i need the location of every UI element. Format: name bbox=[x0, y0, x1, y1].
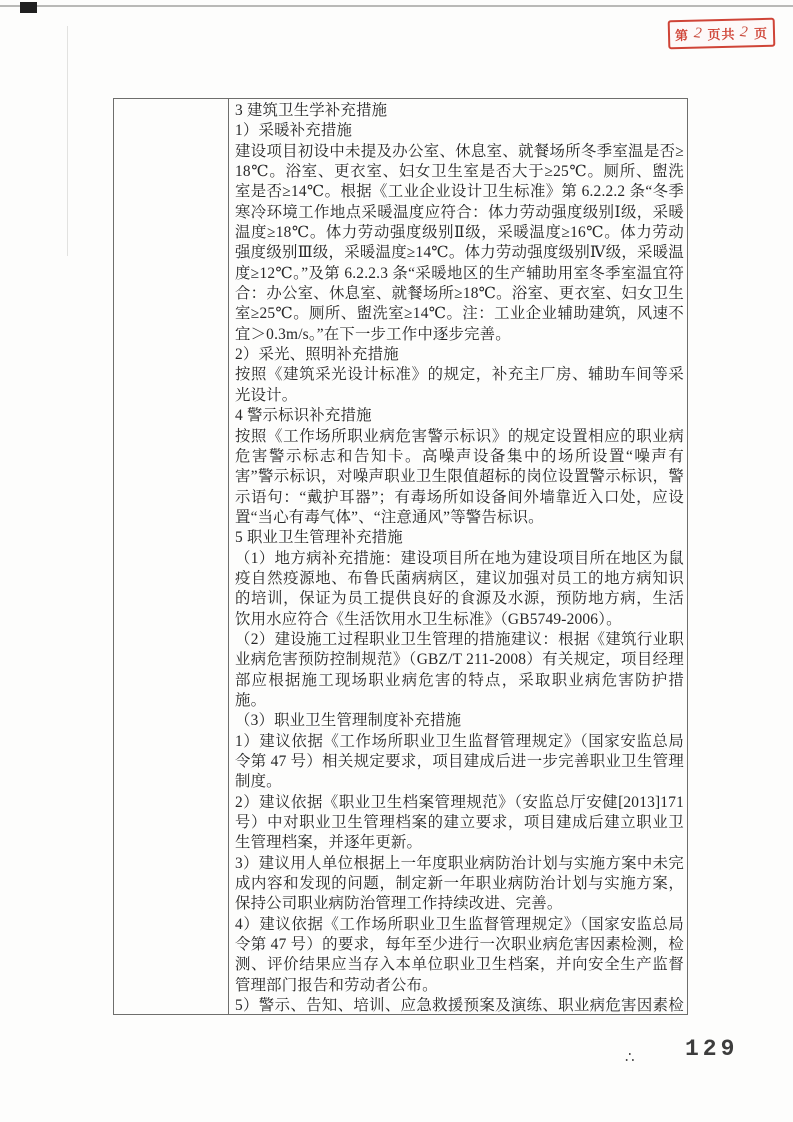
stamp-mid-label: 页共 bbox=[707, 24, 735, 44]
paragraph: 1）建议依据《工作场所职业卫生监督管理规定》（国家安监总局令第 47 号）相关规… bbox=[235, 732, 684, 793]
stamp-total-pages: 2 bbox=[740, 24, 750, 42]
paragraph: （2）建设施工过程职业卫生管理的措施建议：根据《建筑行业职业病危害预防控制规范》… bbox=[235, 630, 684, 711]
section-heading: 4 警示标识补充措施 bbox=[235, 406, 684, 426]
page-number: 129 bbox=[685, 1036, 738, 1062]
paragraph: 按照《建筑采光设计标准》的规定，补充主厂房、辅助车间等采光设计。 bbox=[235, 365, 684, 406]
paragraph: 建设项目初设中未提及办公室、休息室、就餐场所冬季室温是否≥18℃。浴室、更衣室、… bbox=[235, 142, 684, 345]
paragraph: 按照《工作场所职业病危害警示标识》的规定设置相应的职业病危害警示标志和告知卡。高… bbox=[235, 427, 684, 529]
paragraph: 2）建议依据《职业卫生档案管理规范》（安监总厅安健[2013]171 号）中对职… bbox=[235, 793, 684, 854]
paragraph: 5）警示、告知、培训、应急救援预案及演练、职业病危害因素检测评价、职业健康检查等… bbox=[235, 996, 684, 1014]
scan-edge-line bbox=[0, 5, 793, 7]
paragraph: 3）建议用人单位根据上一年度职业病防治计划与实施方案中未完成内容和发现的问题，制… bbox=[235, 854, 684, 915]
page-footer: ∴ 129 bbox=[615, 1036, 775, 1070]
page-count-stamp: 第 2 页共 2 页 bbox=[668, 18, 776, 50]
footer-dots: ∴ bbox=[625, 1048, 636, 1067]
scanned-document-page: 第 2 页共 2 页 3 建筑卫生学补充措施 1）采暖补充措施 建设项目初设中未… bbox=[0, 0, 793, 1122]
stamp-prefix: 第 bbox=[675, 25, 689, 44]
scan-artifact-mark bbox=[20, 2, 37, 13]
content-table: 3 建筑卫生学补充措施 1）采暖补充措施 建设项目初设中未提及办公室、休息室、就… bbox=[113, 98, 688, 1015]
table-content-cell: 3 建筑卫生学补充措施 1）采暖补充措施 建设项目初设中未提及办公室、休息室、就… bbox=[229, 99, 687, 1014]
scan-fold-line bbox=[67, 26, 68, 256]
paragraph: （1）地方病补充措施：建设项目所在地为建设项目所在地区为鼠疫自然疫源地、布鲁氏菌… bbox=[235, 549, 684, 630]
stamp-suffix: 页 bbox=[754, 23, 768, 42]
table-left-cell-empty bbox=[114, 99, 229, 1014]
stamp-current-page: 2 bbox=[693, 25, 703, 43]
section-heading: 5 职业卫生管理补充措施 bbox=[235, 528, 684, 548]
sub-heading: 2）采光、照明补充措施 bbox=[235, 345, 684, 365]
sub-heading: （3）职业卫生管理制度补充措施 bbox=[235, 711, 684, 731]
paragraph: 4）建议依据《工作场所职业卫生监督管理规定》（国家安监总局令第 47 号）的要求… bbox=[235, 915, 684, 996]
sub-heading: 1）采暖补充措施 bbox=[235, 121, 684, 141]
section-heading: 3 建筑卫生学补充措施 bbox=[235, 101, 684, 121]
